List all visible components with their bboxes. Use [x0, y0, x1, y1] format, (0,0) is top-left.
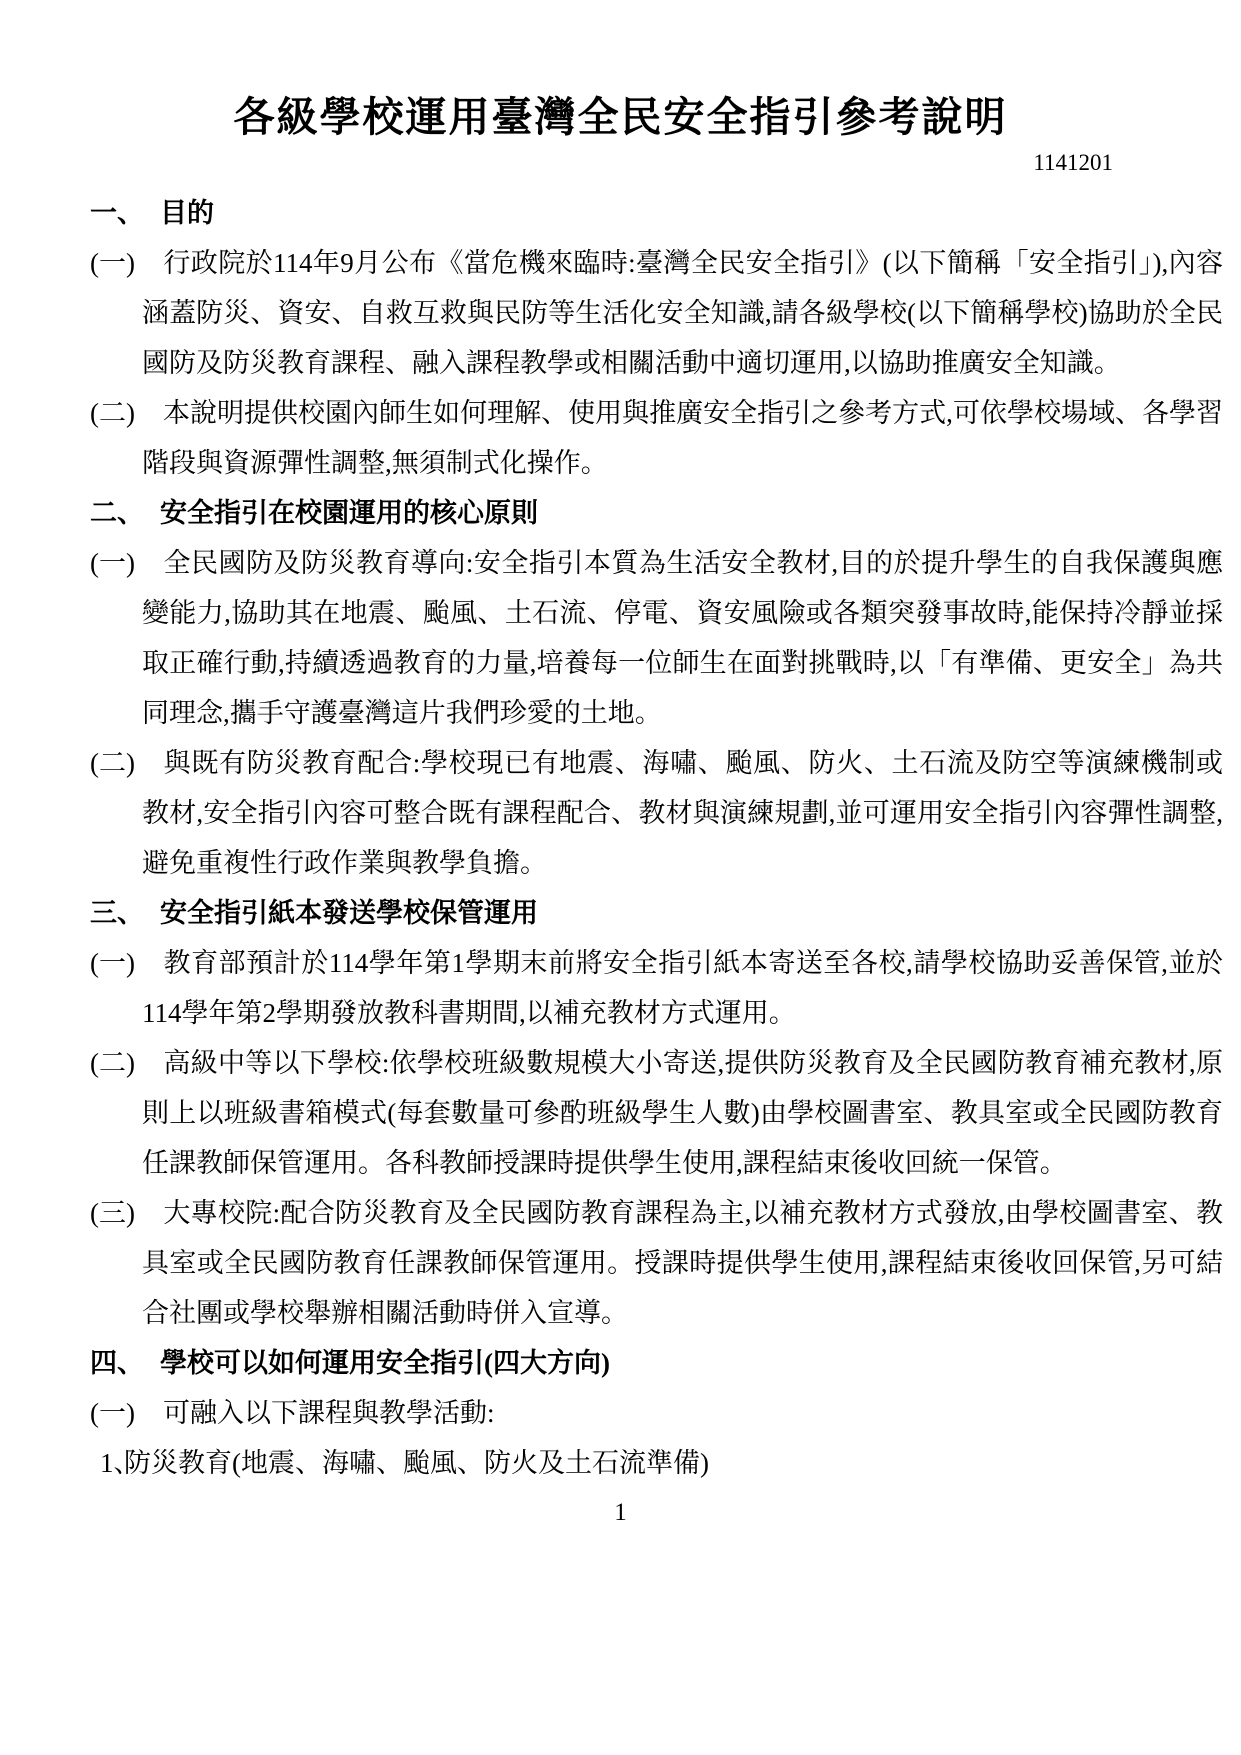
list-item: (二)本說明提供校園內師生如何理解、使用與推廣安全指引之參考方式,可依學校場域、… — [142, 388, 1223, 488]
item-text: 教育部預計於114學年第1學期末前將安全指引紙本寄送至各校,請學校協助妥善保管,… — [142, 948, 1223, 1028]
document-body: 一、目的 (一)行政院於114年9月公布《當危機來臨時:臺灣全民安全指引》(以下… — [90, 188, 1223, 1488]
item-text: 高級中等以下學校:依學校班級數規模大小寄送,提供防災教育及全民國防教育補充教材,… — [142, 1048, 1223, 1178]
section-heading-3: 三、安全指引紙本發送學校保管運用 — [160, 888, 1223, 938]
page-title: 各級學校運用臺灣全民安全指引參考說明 — [0, 0, 1241, 144]
sub-item-text: 防災教育(地震、海嘯、颱風、防火及土石流準備) — [124, 1448, 709, 1478]
item-label: (一) — [90, 938, 163, 988]
section-title: 目的 — [160, 198, 214, 228]
item-label: (一) — [90, 1388, 163, 1438]
section-heading-4: 四、學校可以如何運用安全指引(四大方向) — [160, 1338, 1223, 1388]
item-label: (一) — [90, 538, 163, 588]
item-label: (二) — [90, 738, 163, 788]
list-item: (一)可融入以下課程與教學活動: — [142, 1388, 1223, 1438]
section-number: 一、 — [90, 188, 160, 238]
list-item: (一)教育部預計於114學年第1學期末前將安全指引紙本寄送至各校,請學校協助妥善… — [142, 938, 1223, 1038]
item-label: (三) — [90, 1188, 163, 1238]
section-title: 安全指引在校園運用的核心原則 — [160, 498, 538, 528]
item-text: 大專校院:配合防災教育及全民國防教育課程為主,以補充教材方式發放,由學校圖書室、… — [142, 1198, 1223, 1328]
sub-item-number: 1、 — [100, 1438, 124, 1488]
document-page: 各級學校運用臺灣全民安全指引參考說明 1141201 一、目的 (一)行政院於1… — [0, 0, 1241, 1755]
section-number: 四、 — [90, 1338, 160, 1388]
list-item: (三)大專校院:配合防災教育及全民國防教育課程為主,以補充教材方式發放,由學校圖… — [142, 1188, 1223, 1338]
list-item: (二)高級中等以下學校:依學校班級數規模大小寄送,提供防災教育及全民國防教育補充… — [142, 1038, 1223, 1188]
section-title: 學校可以如何運用安全指引(四大方向) — [160, 1348, 610, 1378]
section-number: 二、 — [90, 488, 160, 538]
item-text: 可融入以下課程與教學活動: — [163, 1398, 495, 1428]
section-number: 三、 — [90, 888, 160, 938]
item-label: (二) — [90, 1038, 163, 1088]
section-heading-2: 二、安全指引在校園運用的核心原則 — [160, 488, 1223, 538]
section-title: 安全指引紙本發送學校保管運用 — [160, 898, 538, 928]
item-label: (二) — [90, 388, 163, 438]
list-item: (一)全民國防及防災教育導向:安全指引本質為生活安全教材,目的於提升學生的自我保… — [142, 538, 1223, 738]
item-text: 與既有防災教育配合:學校現已有地震、海嘯、颱風、防火、土石流及防空等演練機制或教… — [142, 748, 1223, 878]
item-label: (一) — [90, 238, 163, 288]
list-item: (一)行政院於114年9月公布《當危機來臨時:臺灣全民安全指引》(以下簡稱「安全… — [142, 238, 1223, 388]
item-text: 本說明提供校園內師生如何理解、使用與推廣安全指引之參考方式,可依學校場域、各學習… — [142, 398, 1223, 478]
section-heading-1: 一、目的 — [160, 188, 1223, 238]
list-item: (二)與既有防災教育配合:學校現已有地震、海嘯、颱風、防火、土石流及防空等演練機… — [142, 738, 1223, 888]
doc-number: 1141201 — [0, 148, 1241, 178]
sub-list-item: 1、防災教育(地震、海嘯、颱風、防火及土石流準備) — [100, 1438, 1223, 1488]
item-text: 全民國防及防災教育導向:安全指引本質為生活安全教材,目的於提升學生的自我保護與應… — [142, 548, 1223, 728]
page-number: 1 — [0, 1488, 1241, 1538]
item-text: 行政院於114年9月公布《當危機來臨時:臺灣全民安全指引》(以下簡稱「安全指引」… — [142, 248, 1223, 378]
